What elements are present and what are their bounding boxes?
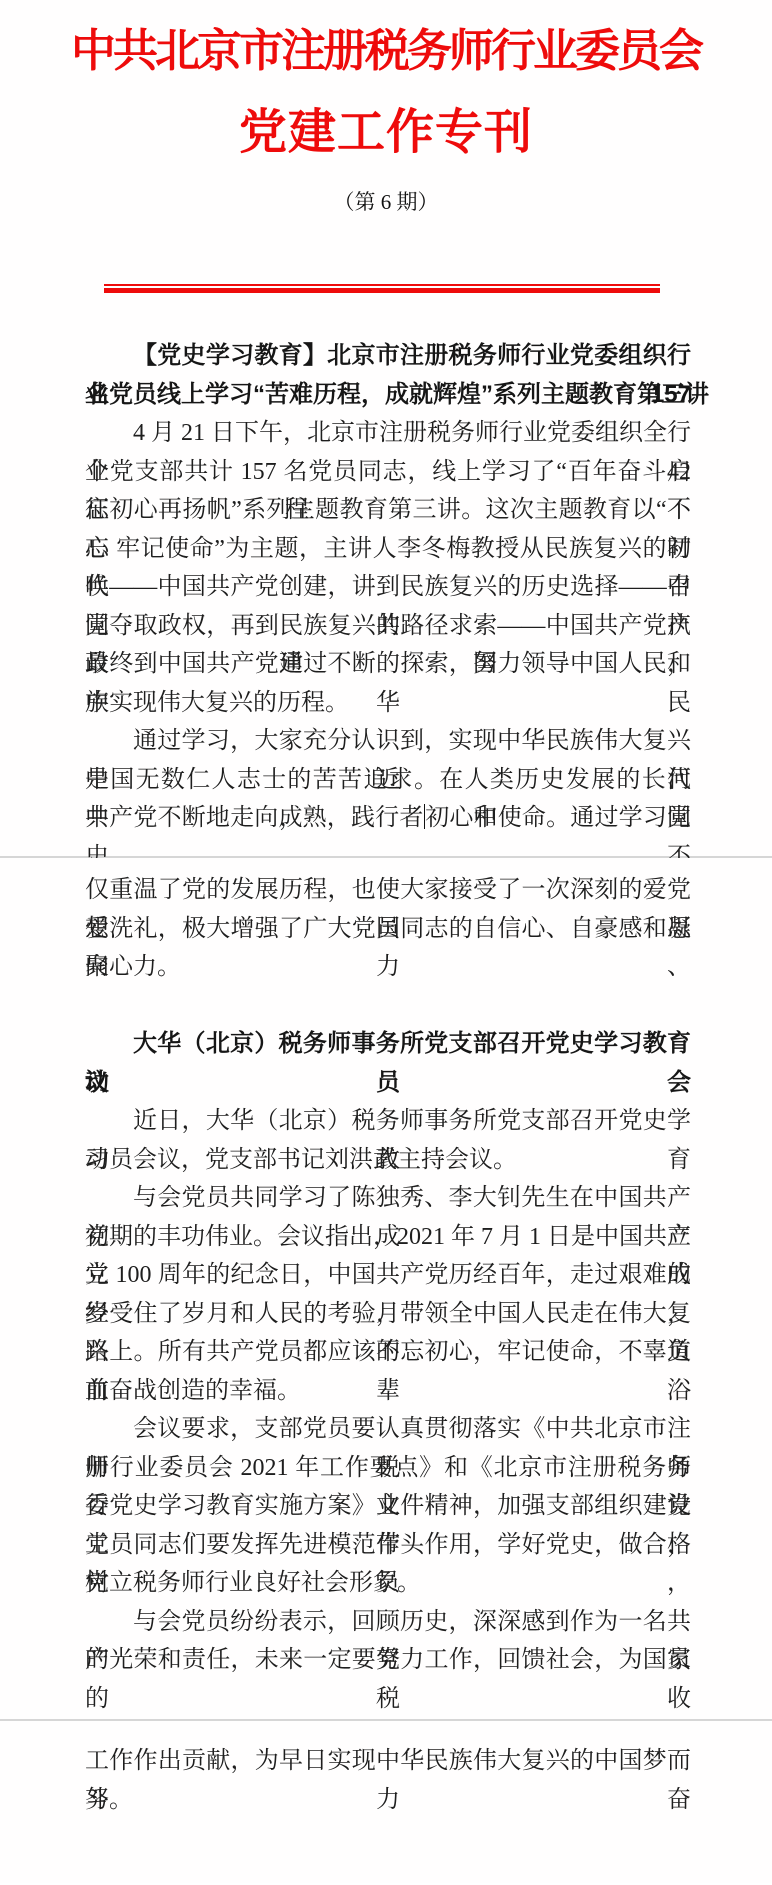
- article-2-title-line: 大华（北京）税务师事务所党支部召开党史学习教育动员会: [85, 1025, 691, 1064]
- text-line: 的光荣和责任，未来一定要努力工作，回馈社会，为国家的税收: [85, 1641, 691, 1680]
- text-line-with-cursor: 共产党不断地走向成熟，践行者初心和使命。通过学习党史，不: [85, 799, 691, 838]
- document-page-2: 仅重温了党的发展历程，也使大家接受了一次深刻的爱党爱国思 想洗礼，极大增强了广大…: [0, 858, 772, 1719]
- text-line: 与会党员共同学习了陈独秀、李大钊先生在中国共产党成立: [85, 1179, 691, 1218]
- text-line: 党员同志们要发挥先进模范带头作用，学好党史，做合格党员，: [85, 1526, 691, 1565]
- text-before-cursor: 共产党不断地走向成熟，践行者: [85, 805, 424, 831]
- text-line: 想洗礼，极大增强了广大党员同志的自信心、自豪感和凝聚力、: [85, 910, 691, 949]
- publication-title: 党建工作专刊: [0, 104, 772, 162]
- masthead-divider-rule: [104, 284, 660, 293]
- text-line: 工作作出贡献，为早日实现中华民族伟大复兴的中国梦而努力奋: [85, 1742, 691, 1781]
- text-line: 与会党员纷纷表示，回顾历史，深深感到作为一名共产党员: [85, 1603, 691, 1642]
- text-line: 4 月 21 日下午，北京市注册税务师行业党委组织全行业 42: [85, 414, 691, 453]
- organization-title: 中共北京市注册税务师行业委员会: [0, 16, 772, 86]
- text-line: 路上。所有共产党员都应该不忘初心，牢记使命，不辜负前辈浴: [85, 1333, 691, 1372]
- text-line: 会议要求，支部党员要认真贯彻落实《中共北京市注册税务: [85, 1410, 691, 1449]
- document-page-3: 工作作出贡献，为早日实现中华民族伟大复兴的中国梦而努力奋 斗。: [0, 1721, 772, 1883]
- text-line: 唤——中国共产党创建，讲到民族复兴的历史选择——中国共产: [85, 568, 691, 607]
- text-line: 近日，大华（北京）税务师事务所党支部召开党史学习教育: [85, 1102, 691, 1141]
- text-line: 个党支部共计 157 名党员同志，线上学习了“百年奋斗启征程 不: [85, 453, 691, 492]
- document-page-1: 中共北京市注册税务师行业委员会 党建工作专刊 （第 6 期） 【党史学习教育】北…: [0, 0, 772, 856]
- text-line: 立 100 周年的纪念日，中国共产党历经百年，走过艰难的岁月，: [85, 1256, 691, 1295]
- text-line: 最终到中国共产党通过不断的探索，努力领导中国人民和中华民: [85, 645, 691, 684]
- text-line: 心 牢记使命”为主题，主讲人李冬梅教授从民族复兴的时代召: [85, 530, 691, 569]
- masthead: 中共北京市注册税务师行业委员会 党建工作专刊 （第 6 期）: [0, 0, 772, 293]
- page-1-text: 【党史学习教育】北京市注册税务师行业党委组织行业157 名党员线上学习“苦难历程…: [85, 337, 691, 838]
- issue-number: （第 6 期）: [0, 188, 772, 216]
- text-line: 中国无数仁人志士的苦苦追求。在人类历史发展的长河中，中国: [85, 761, 691, 800]
- text-line: 初期的丰功伟业。会议指出，2021 年 7 月 1 日是中国共产党成: [85, 1218, 691, 1257]
- text-line: 委党史学习教育实施方案》文件精神，加强支部组织建设工作，: [85, 1487, 691, 1526]
- text-line: 师行业委员会 2021 年工作要点》和《北京市注册税务师行业党: [85, 1449, 691, 1488]
- text-line: 经受住了岁月和人民的考验，带领全中国人民走在伟大复兴的道: [85, 1295, 691, 1334]
- blank-line: [85, 987, 691, 1026]
- article-1-title-line: 【党史学习教育】北京市注册税务师行业党委组织行业157: [85, 337, 691, 376]
- text-line: 党夺取政权，再到民族复兴的路径求索——中国共产党执政建国，: [85, 607, 691, 646]
- page-3-text: 工作作出贡献，为早日实现中华民族伟大复兴的中国梦而努力奋 斗。: [85, 1721, 691, 1819]
- text-line: 仅重温了党的发展历程，也使大家接受了一次深刻的爱党爱国思: [85, 871, 691, 910]
- page-2-text: 仅重温了党的发展历程，也使大家接受了一次深刻的爱党爱国思 想洗礼，极大增强了广大…: [85, 858, 691, 1680]
- text-line: 忘初心再扬帆”系列主题教育第三讲。这次主题教育以“不忘初: [85, 491, 691, 530]
- text-line: 通过学习，大家充分认识到，实现中华民族伟大复兴是近代: [85, 722, 691, 761]
- article-1-title-line: 名党员线上学习“苦难历程，成就辉煌”系列主题教育第三讲: [85, 376, 691, 415]
